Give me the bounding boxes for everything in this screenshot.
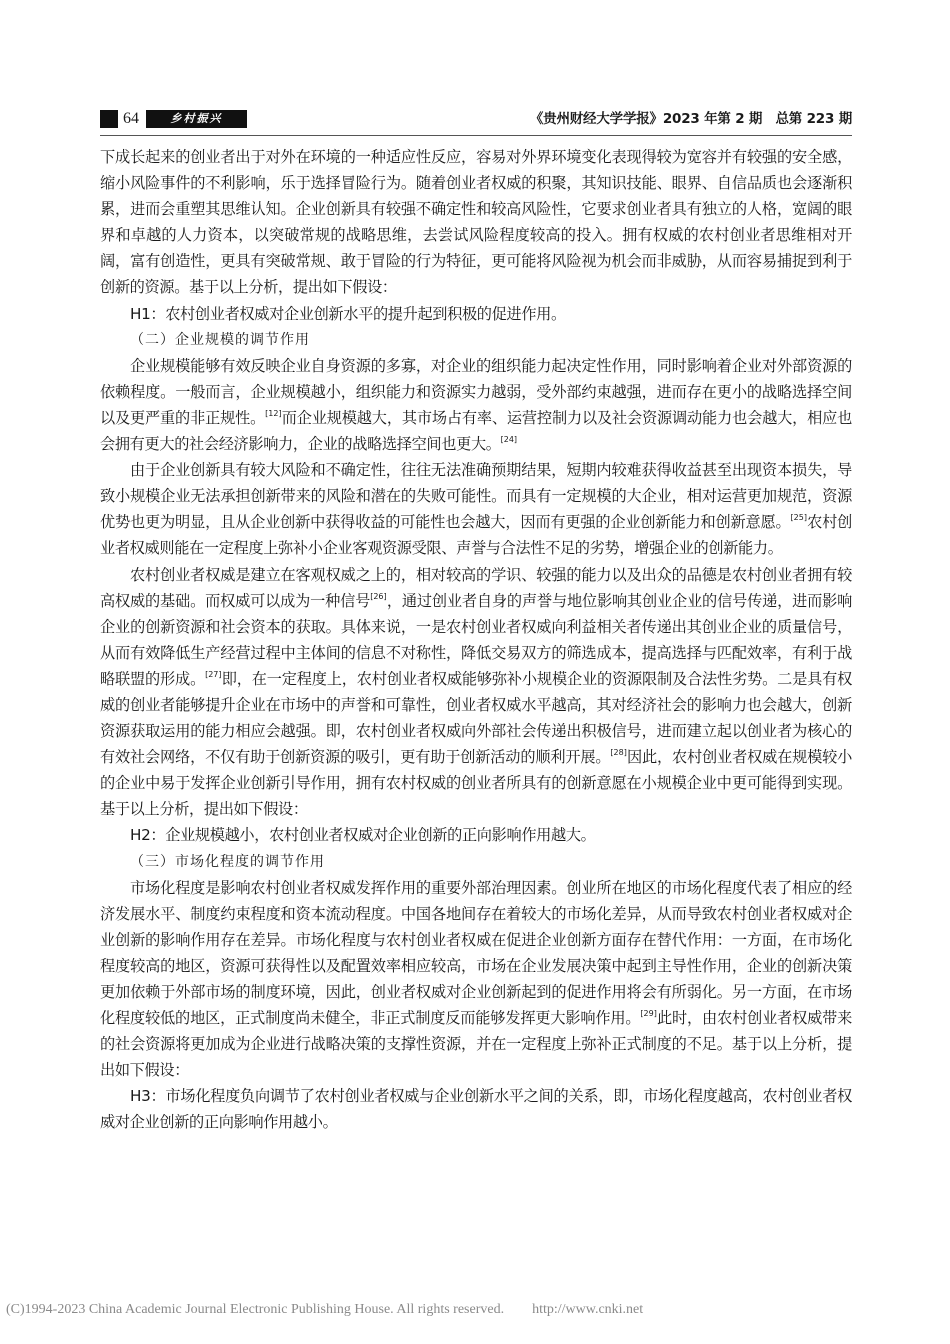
header-black-block [100, 110, 118, 128]
page-number: 64 [123, 108, 139, 130]
section-heading-firm-size: （二）企业规模的调节作用 [100, 327, 852, 353]
journal-title: 《贵州财经大学学报》2023 年第 2 期 总第 223 期 [530, 108, 852, 130]
paragraph-authority-signal: 农村创业者权威是建立在客观权威之上的，相对较高的学识、较强的能力以及出众的品德是… [100, 562, 852, 823]
article-body: 下成长起来的创业者出于对外在环境的一种适应性反应，容易对外界环境变化表现得较为宽… [100, 144, 852, 1136]
citation-24[interactable]: [24] [501, 435, 517, 444]
hypothesis-h1: H1：农村创业者权威对企业创新水平的提升起到积极的促进作用。 [100, 301, 852, 327]
paragraph-marketization: 市场化程度是影响农村创业者权威发挥作用的重要外部治理因素。创业所在地区的市场化程… [100, 875, 852, 1084]
citation-28[interactable]: [28] [610, 748, 626, 757]
citation-29[interactable]: [29] [640, 1009, 656, 1018]
page-header: 64 乡村振兴 《贵州财经大学学报》2023 年第 2 期 总第 223 期 [100, 108, 852, 130]
citation-26[interactable]: [26] [370, 592, 386, 601]
citation-25[interactable]: [25] [791, 513, 807, 522]
hypothesis-h2: H2：企业规模越小，农村创业者权威对企业创新的正向影响作用越大。 [100, 822, 852, 848]
paragraph-firm-size: 企业规模能够有效反映企业自身资源的多寡，对企业的组织能力起决定性作用，同时影响着… [100, 353, 852, 457]
paragraph-continued: 下成长起来的创业者出于对外在环境的一种适应性反应，容易对外界环境变化表现得较为宽… [100, 144, 852, 301]
citation-12[interactable]: [12] [265, 409, 281, 418]
hypothesis-h3: H3：市场化程度负向调节了农村创业者权威与企业创新水平之间的关系，即，市场化程度… [100, 1083, 852, 1135]
copyright-footer: (C)1994-2023 China Academic Journal Elec… [0, 1298, 950, 1318]
paragraph-innovation-risk: 由于企业创新具有较大风险和不确定性，往往无法准确预期结果，短期内较难获得收益甚至… [100, 457, 852, 561]
citation-27[interactable]: [27] [205, 670, 221, 679]
section-label: 乡村振兴 [146, 110, 247, 128]
header-rule [100, 135, 852, 136]
section-heading-marketization: （三）市场化程度的调节作用 [100, 849, 852, 875]
